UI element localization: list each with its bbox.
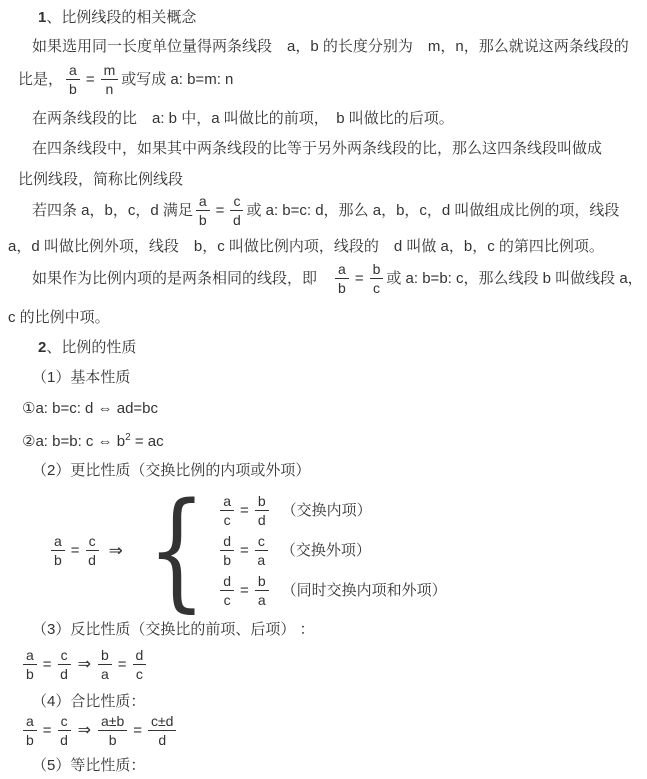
formula-mean-pre: 如果作为比例内项的是两条相同的线段，即 [32,269,332,289]
fraction-numerator: a [220,493,234,511]
fraction-a-plus-minus-b-over-b: a±bb [98,713,127,748]
fraction-d-over-c: dc [220,573,234,608]
paragraph-mean-tail: c 的比例中项。 [8,308,110,328]
fraction-numerator: a [335,261,349,279]
left-brace: { [147,490,206,612]
document-page: 1、比例线段的相关概念 如果选用同一长度单位量得两条线段 a，b 的长度分别为 … [0,0,647,779]
section-1-title: 、比例线段的相关概念 [46,9,196,26]
fraction-b-over-c: bc [370,261,384,296]
fraction-numerator: d [220,573,234,591]
composition-property-title: （4）合比性质： [32,692,145,712]
fraction-d-over-b: db [220,533,234,568]
section-2-heading: 2、比例的性质 [38,338,136,358]
fraction-numerator: c [58,647,71,665]
alternation-display: ab = cd ⇒ { ac = bd （交换内项） db = ca （交换外项… [48,490,447,612]
paragraph-four-segments-b: 比例线段，简称比例线段 [18,170,183,190]
fraction-denominator: c [224,511,231,528]
fraction-a-over-b: ab [66,62,80,97]
basic-property-2-pre: ②a: b=b: c ⇔ b [22,433,125,450]
fraction-c-over-d: cd [58,713,71,748]
fraction-denominator: a [258,591,266,608]
equals-sign: = [216,201,225,221]
fraction-numerator: d [220,533,234,551]
formula-ratio-pre: 比是， [18,70,63,90]
basic-property-2-post: = ac [131,433,164,450]
fraction-denominator: d [60,665,68,682]
paragraph-outer-inner-terms: a，d 叫做比例外项，线段 b，c 叫做比例内项，线段的 d 叫做 a，b，c … [8,237,604,257]
fraction-m-over-n: mn [101,62,119,97]
formula-mean-proportional: 如果作为比例内项的是两条相同的线段，即 ab = bc 或 a: b=b: c，… [32,261,643,296]
fraction-denominator: d [88,551,96,568]
fraction-numerator: c [58,713,71,731]
fraction-numerator: m [101,62,119,80]
fraction-numerator: b [98,647,112,665]
fraction-c-plus-minus-d-over-d: c±dd [148,713,176,748]
equals-sign: = [133,721,142,741]
fraction-denominator: b [338,279,346,296]
fraction-denominator: b [199,211,207,228]
fraction-c-over-d: cd [58,647,71,682]
alternation-cases: ac = bd （交换内项） db = ca （交换外项） dc = ba （同… [217,491,446,611]
implies-arrow: ⇒ [78,655,91,675]
formula-ratio: 比是， ab = mn 或写成 a: b=m: n [18,62,233,97]
equals-sign: = [240,581,249,601]
fraction-denominator: b [54,551,62,568]
inverse-formula: ab = cd ⇒ ba = dc [20,647,149,682]
fraction-denominator: c [224,591,231,608]
formula-proportion: 若四条 a，b，c，d 满足 ab = cd 或 a: b=c: d，那么 a，… [32,193,619,228]
fraction-numerator: c [86,533,99,551]
paragraph-measure: 如果选用同一长度单位量得两条线段 a，b 的长度分别为 m，n，那么就说这两条线… [32,37,629,57]
case-label: （同时交换内项和外项） [282,581,447,601]
fraction-denominator: d [258,511,266,528]
equals-sign: = [118,655,127,675]
case-label: （交换外项） [281,541,371,561]
paragraph-four-segments-a: 在四条线段中，如果其中两条线段的比等于另外两条线段的比，那么这四条线段叫做成 [32,139,602,159]
fraction-a-over-b: ab [335,261,349,296]
formula-proportion-pre: 若四条 a，b，c，d 满足 [32,201,193,221]
fraction-c-over-d: cd [230,193,243,228]
fraction-a-over-c: ac [220,493,234,528]
fraction-denominator: b [223,551,231,568]
section-1-heading: 1、比例线段的相关概念 [38,8,196,28]
equals-sign: = [71,541,80,561]
fraction-numerator: b [255,573,269,591]
fraction-denominator: d [158,731,166,748]
formula-ratio-post: 或写成 a: b=m: n [121,70,233,90]
fraction-denominator: b [69,80,77,97]
equals-sign: = [240,501,249,521]
fraction-numerator: a [196,193,210,211]
case-label: （交换内项） [282,501,372,521]
fraction-a-over-b: ab [23,713,37,748]
formula-mean-post: 或 a: b=b: c，那么线段 b 叫做线段 a， [386,269,642,289]
fraction-denominator: c [373,279,380,296]
alternation-case-both: dc = ba （同时交换内项和外项） [217,571,446,611]
fraction-numerator: a [23,647,37,665]
inverse-property-title: （3）反比性质（交换比的前项、后项） ： [32,620,315,640]
fraction-denominator: b [26,665,34,682]
fraction-numerator: b [255,493,269,511]
fraction-denominator: d [60,731,68,748]
fraction-a-over-b: ab [196,193,210,228]
composition-formula: ab = cd ⇒ a±bb = c±dd [20,713,179,748]
fraction-b-over-d: bd [255,493,269,528]
fraction-numerator: d [133,647,147,665]
equals-sign: = [43,655,52,675]
fraction-numerator: b [370,261,384,279]
fraction-denominator: n [106,80,114,97]
fraction-denominator: b [26,731,34,748]
basic-property-2: ②a: b=b: c ⇔ b2 = ac [22,428,164,452]
basic-property-1: ①a: b=c: d ⇔ ad=bc [22,399,158,419]
basic-property-title: （1）基本性质 [32,368,130,388]
fraction-b-over-a: ba [98,647,112,682]
equality-property-title: （5）等比性质： [32,756,145,776]
implies-arrow: ⇒ [78,721,91,741]
formula-proportion-post: 或 a: b=c: d，那么 a，b，c，d 叫做组成比例的项，线段 [246,201,619,221]
fraction-denominator: d [233,211,241,228]
fraction-numerator: a [66,62,80,80]
fraction-a-over-b: ab [51,533,65,568]
implies-arrow: ⇒ [109,541,123,561]
paragraph-terms: 在两条线段的比 a: b 中，a 叫做比的前项， b 叫做比的后项。 [32,109,454,129]
fraction-c-over-d: cd [86,533,99,568]
equals-sign: = [86,70,95,90]
fraction-c-over-a: ca [255,533,268,568]
equals-sign: = [240,541,249,561]
fraction-numerator: c [255,533,268,551]
fraction-denominator: a [101,665,109,682]
fraction-numerator: c±d [148,713,176,731]
alternation-case-inner: ac = bd （交换内项） [217,491,446,531]
fraction-denominator: a [257,551,265,568]
fraction-numerator: a±b [98,713,127,731]
equals-sign: = [43,721,52,741]
fraction-b-over-a: ba [255,573,269,608]
fraction-denominator: b [109,731,117,748]
fraction-d-over-c: dc [133,647,147,682]
equals-sign: = [355,269,364,289]
fraction-denominator: c [136,665,143,682]
fraction-numerator: a [23,713,37,731]
alternation-case-outer: db = ca （交换外项） [217,531,446,571]
fraction-numerator: c [230,193,243,211]
fraction-a-over-b: ab [23,647,37,682]
fraction-numerator: a [51,533,65,551]
section-2-title: 、比例的性质 [46,339,136,356]
